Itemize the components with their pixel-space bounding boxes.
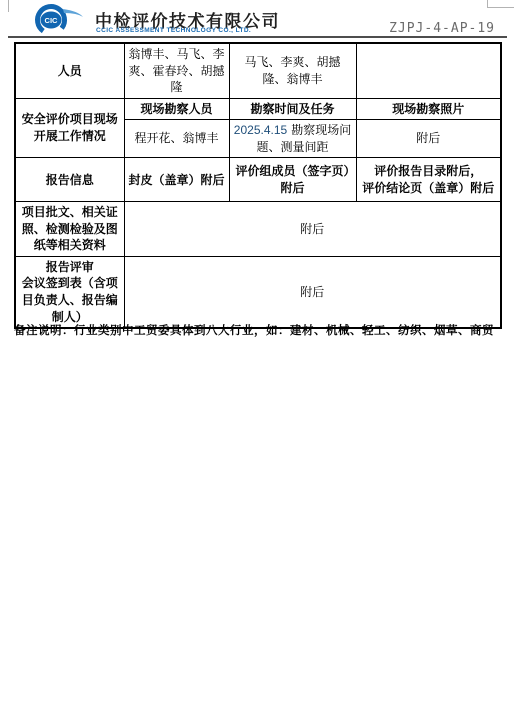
ccic-logo-icon: CIC — [33, 3, 87, 37]
table-row-sitework-headers: 安全评价项目现场开展工作情况 现场勘察人员 勘察时间及任务 现场勘察照片 — [15, 98, 501, 120]
surveyors-value: 程开花、翁博丰 — [124, 120, 229, 158]
report-cover-value: 封皮（盖章）附后 — [124, 158, 229, 202]
review-label-line1: 报告评审 — [20, 259, 120, 276]
survey-date: 2025.4.15 — [234, 123, 287, 137]
report-members-value: 评价组成员（签字页）附后 — [229, 158, 356, 202]
personnel-label: 人员 — [15, 43, 124, 98]
footnote: 备注说明：行业类别中工贸委具体到八大行业，如：建材、机械、轻工、纺织、烟草、商贸 — [14, 322, 506, 338]
table-row-report-info: 报告信息 封皮（盖章）附后 评价组成员（签字页）附后 评价报告目录附后，评价结论… — [15, 158, 501, 202]
attachments-label: 项目批文、相关证照、检测检验及图纸等相关资料 — [15, 202, 124, 257]
review-label: 报告评审会议签到表（含项目负责人、报告编制人） — [15, 256, 124, 328]
column-header-surveyors: 现场勘察人员 — [124, 98, 229, 120]
review-label-line2: 会议签到表（含项目负责人、报告编制人） — [20, 275, 120, 325]
column-header-task: 勘察时间及任务 — [229, 98, 356, 120]
report-toc-line1: 评价报告目录附后， — [361, 163, 497, 180]
table-row-review: 报告评审会议签到表（含项目负责人、报告编制人） 附后 — [15, 256, 501, 328]
personnel-list-b: 马飞、李爽、胡撼隆、翁博丰 — [229, 43, 356, 98]
column-header-photos: 现场勘察照片 — [356, 98, 501, 120]
logo-text: CIC — [45, 16, 59, 25]
report-toc-value: 评价报告目录附后，评价结论页（盖章）附后 — [356, 158, 501, 202]
document-page: CIC 中检评价技术有限公司 CCIC ASSESSMENT TECHNOLOG… — [0, 0, 516, 720]
photos-value: 附后 — [356, 120, 501, 158]
task-value: 2025.4.15勘察现场问题、测量间距 — [229, 120, 356, 158]
table-row-personnel: 人员 翁博丰、马飞、李爽、霍春玲、胡撼隆 马飞、李爽、胡撼隆、翁博丰 — [15, 43, 501, 98]
form-table: 人员 翁博丰、马飞、李爽、霍春玲、胡撼隆 马飞、李爽、胡撼隆、翁博丰 安全评价项… — [14, 42, 502, 329]
header-rule — [8, 36, 507, 38]
personnel-list-a: 翁博丰、马飞、李爽、霍春玲、胡撼隆 — [124, 43, 229, 98]
attachments-value: 附后 — [124, 202, 501, 257]
doc-code: ZJPJ-4-AP-19 — [389, 21, 495, 36]
table-row-attachments: 项目批文、相关证照、检测检验及图纸等相关资料 附后 — [15, 202, 501, 257]
company-name-en: CCIC ASSESSMENT TECHNOLOGY CO., LTD. — [96, 27, 251, 34]
report-info-label: 报告信息 — [15, 158, 124, 202]
personnel-empty-cell — [356, 43, 501, 98]
report-toc-line2: 评价结论页（盖章）附后 — [361, 180, 497, 197]
sitework-label: 安全评价项目现场开展工作情况 — [15, 98, 124, 158]
review-value: 附后 — [124, 256, 501, 328]
crop-mark-top-right — [487, 7, 514, 8]
crop-mark-top-left — [8, 0, 9, 12]
